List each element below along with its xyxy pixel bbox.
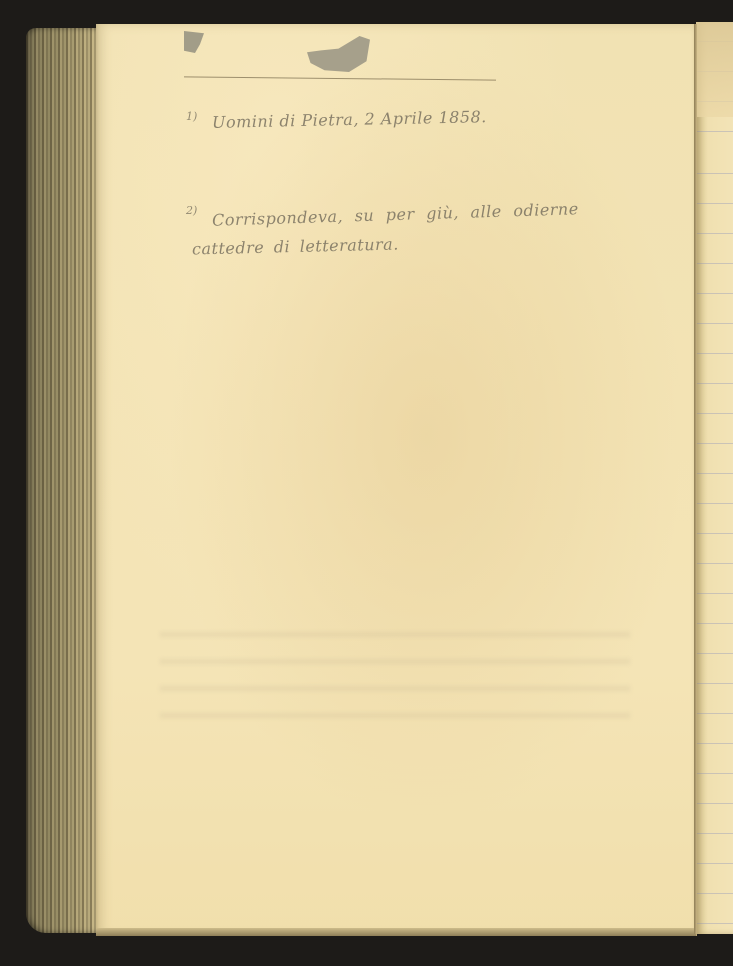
recto-stain xyxy=(696,22,733,117)
recto-page-ruled xyxy=(696,22,733,934)
page-bottom-edge xyxy=(96,928,696,936)
binding-gutter xyxy=(694,24,697,934)
footnote-marker-2: 2) xyxy=(186,204,197,217)
page-block-edge xyxy=(26,28,106,933)
footnote-marker-1: 1) xyxy=(186,110,197,123)
ink-bleed-through xyxy=(160,610,630,720)
verso-page xyxy=(96,24,697,936)
manuscript-scan: 1) Uomini di Pietra, 2 Aprile 1858. 2) C… xyxy=(0,0,733,966)
